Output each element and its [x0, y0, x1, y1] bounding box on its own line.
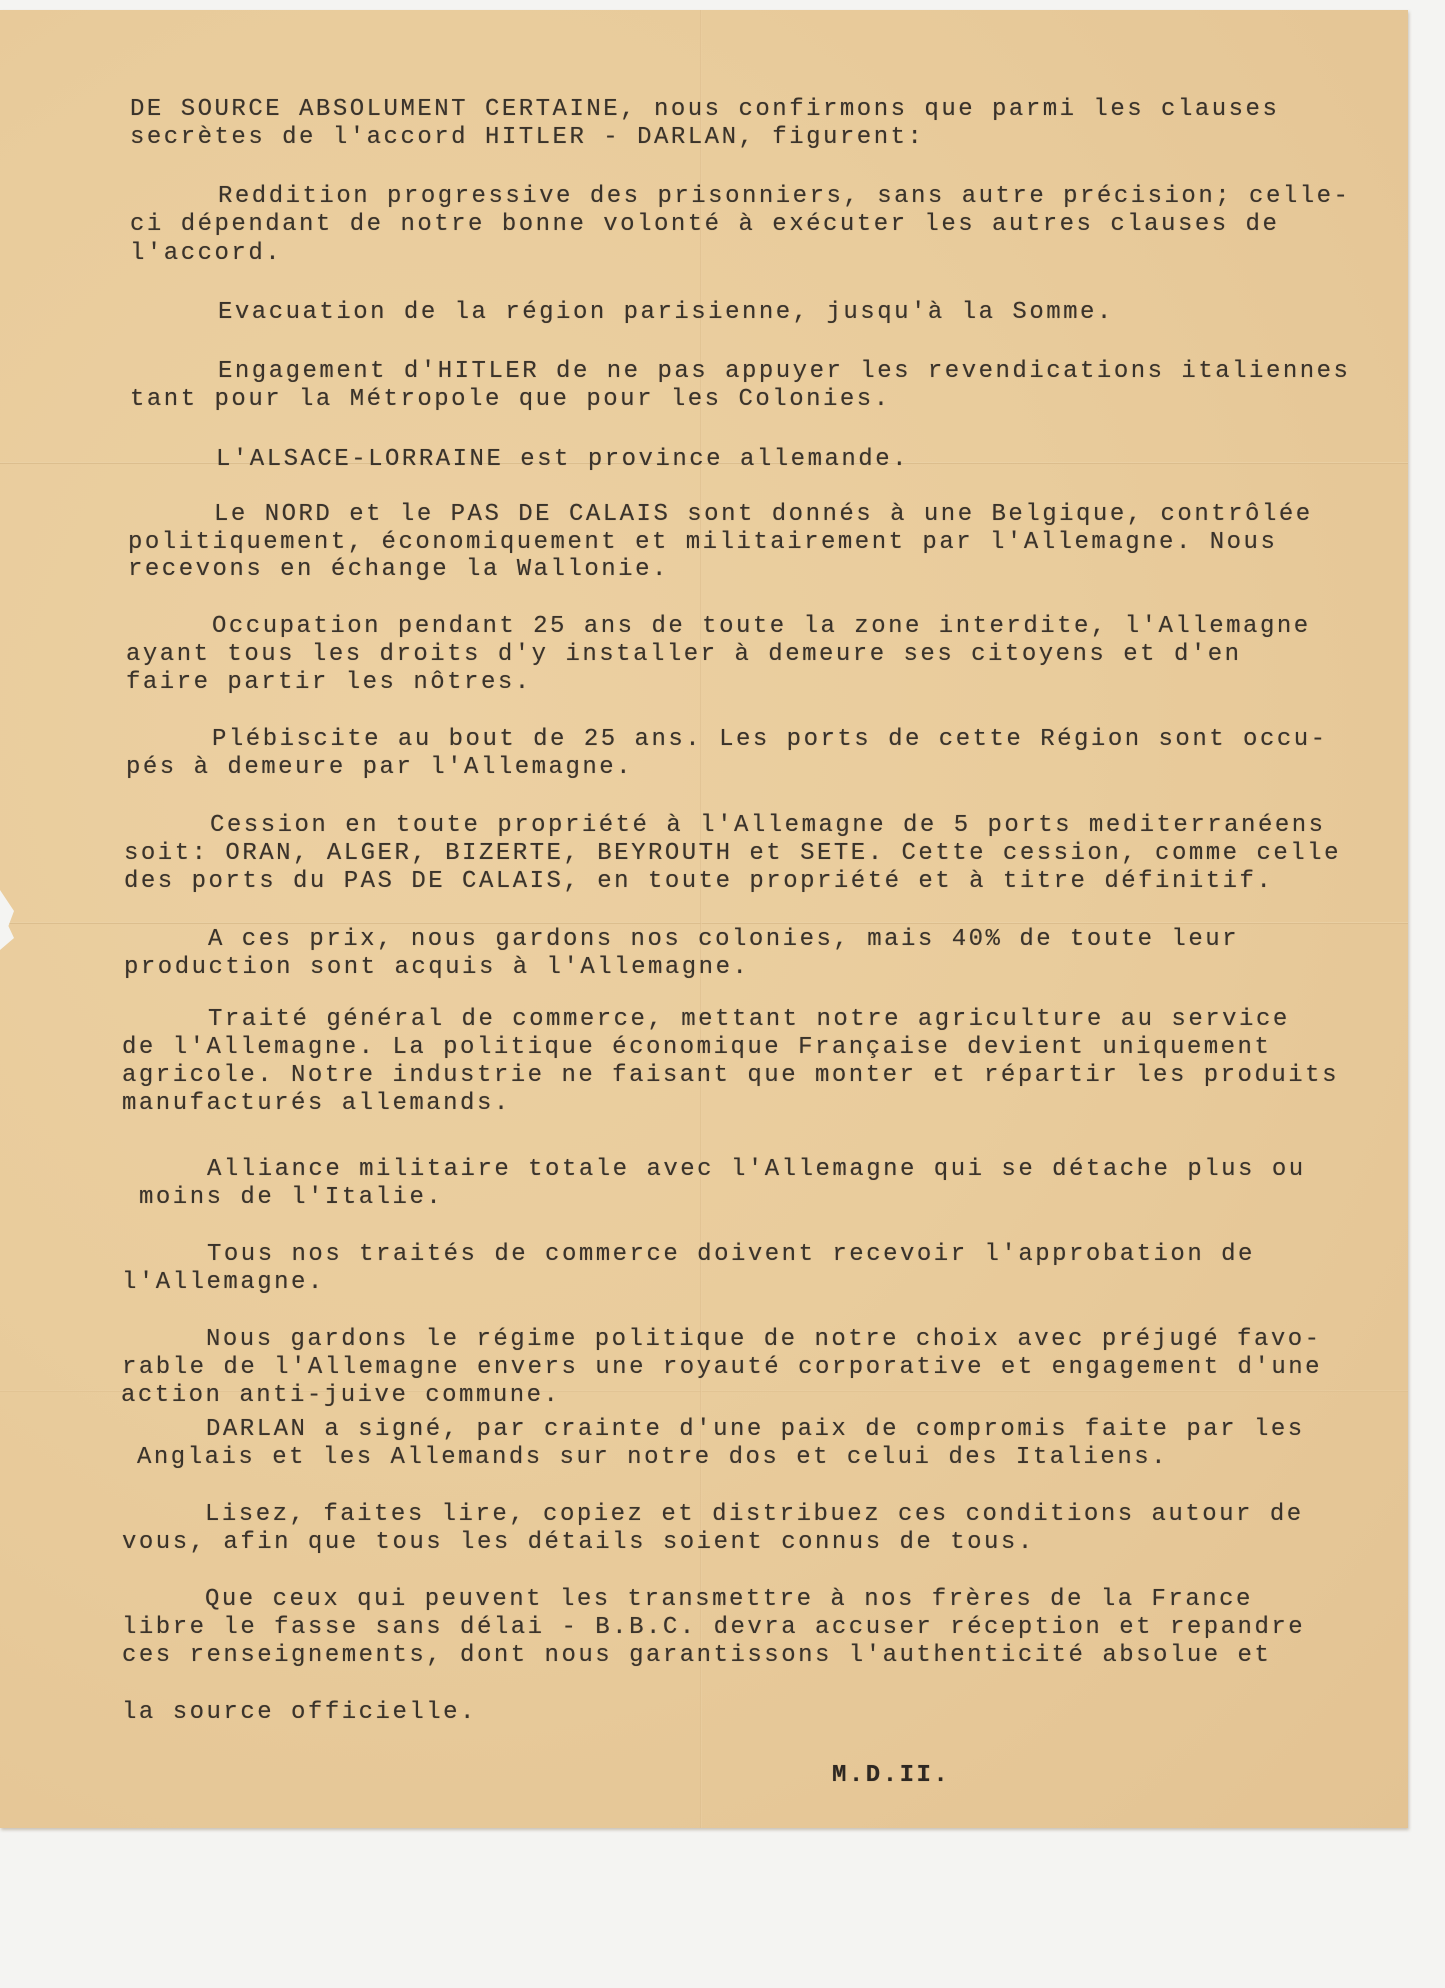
text-line: Traité général de commerce, mettant notr… [208, 1006, 1290, 1034]
text-line: Evacuation de la région parisienne, jusq… [218, 299, 1114, 327]
text-line: Le NORD et le PAS DE CALAIS sont donnés … [214, 501, 1313, 529]
text-line: manufacturés allemands. [122, 1090, 511, 1118]
text-line: DARLAN a signé, par crainte d'une paix d… [206, 1416, 1305, 1444]
text-line: de l'Allemagne. La politique économique … [122, 1034, 1271, 1062]
text-line: ci dépendant de notre bonne volonté à ex… [130, 211, 1279, 239]
text-line: tant pour la Métropole que pour les Colo… [130, 386, 891, 414]
text-line: l'accord. [130, 240, 282, 268]
text-line: moins de l'Italie. [139, 1184, 443, 1212]
text-line: Plébiscite au bout de 25 ans. Les ports … [212, 726, 1328, 754]
text-line: agricole. Notre industrie ne faisant que… [122, 1062, 1339, 1090]
text-line: vous, afin que tous les détails soient c… [122, 1529, 1035, 1557]
text-line: ces renseignements, dont nous garantisso… [122, 1642, 1271, 1670]
text-line: soit: ORAN, ALGER, BIZERTE, BEYROUTH et … [124, 840, 1341, 868]
horizontal-fold-line [0, 922, 1408, 924]
text-line: Cession en toute propriété à l'Allemagne… [210, 812, 1326, 840]
text-line: ayant tous les droits d'y installer à de… [126, 641, 1242, 669]
text-line: la source officielle. [122, 1699, 477, 1727]
text-line: Engagement d'HITLER de ne pas appuyer le… [218, 358, 1350, 386]
text-line: DE SOURCE ABSOLUMENT CERTAINE, nous conf… [130, 96, 1279, 124]
torn-edge-notch [0, 890, 14, 950]
text-line: pés à demeure par l'Allemagne. [126, 754, 633, 782]
text-line: Reddition progressive des prisonniers, s… [218, 183, 1350, 211]
text-line: Lisez, faites lire, copiez et distribuez… [205, 1501, 1304, 1529]
text-line: Que ceux qui peuvent les transmettre à n… [205, 1586, 1253, 1614]
text-line: Occupation pendant 25 ans de toute la zo… [212, 613, 1311, 641]
signature: M.D.II. [832, 1762, 950, 1790]
text-line: L'ALSACE-LORRAINE est province allemande… [216, 446, 909, 474]
text-line: faire partir les nôtres. [126, 669, 532, 697]
text-line: Anglais et les Allemands sur notre dos e… [137, 1444, 1168, 1472]
text-line: action anti-juive commune. [121, 1382, 560, 1410]
text-line: rable de l'Allemagne envers une royauté … [122, 1354, 1322, 1382]
text-line: l'Allemagne. [122, 1269, 325, 1297]
text-line: des ports du PAS DE CALAIS, en toute pro… [124, 868, 1273, 896]
text-line: politiquement, économiquement et militai… [128, 529, 1277, 557]
text-line: production sont acquis à l'Allemagne. [124, 954, 749, 982]
text-line: recevons en échange la Wallonie. [128, 556, 669, 584]
text-line: Tous nos traités de commerce doivent rec… [207, 1241, 1255, 1269]
text-line: secrètes de l'accord HITLER - DARLAN, fi… [130, 124, 924, 152]
text-line: Nous gardons le régime politique de notr… [206, 1326, 1322, 1354]
text-line: libre le fasse sans délai - B.B.C. devra… [122, 1614, 1305, 1642]
text-line: A ces prix, nous gardons nos colonies, m… [208, 926, 1239, 954]
text-line: Alliance militaire totale avec l'Allemag… [207, 1156, 1306, 1184]
